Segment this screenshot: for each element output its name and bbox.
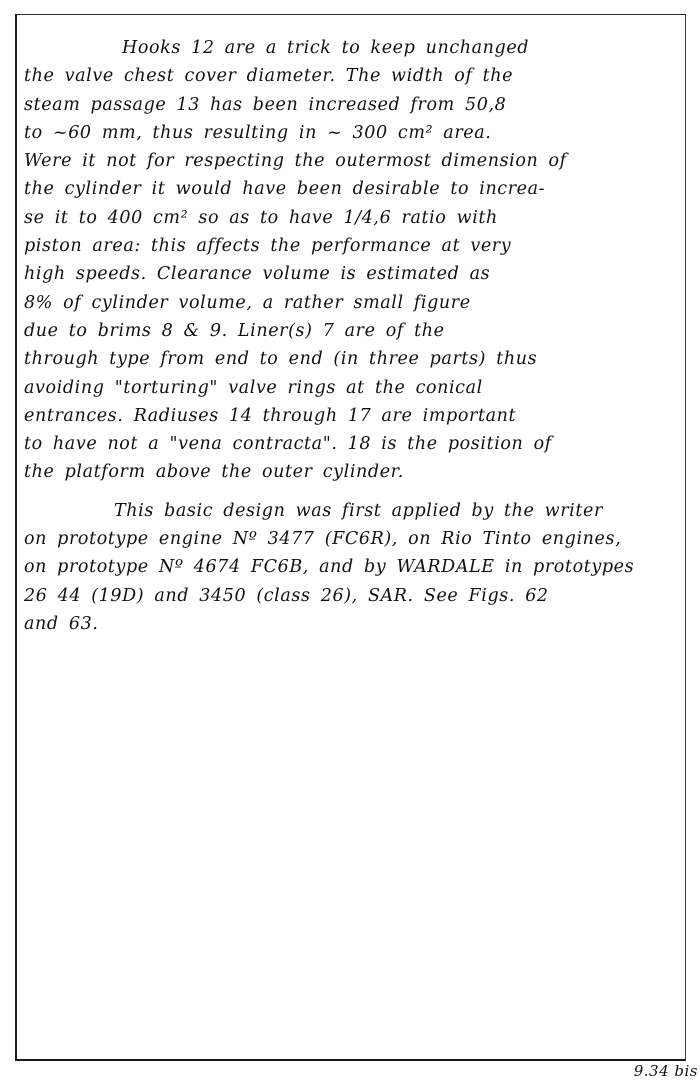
- text-line: 8% of cylinder volume, a rather small fi…: [24, 289, 684, 317]
- text-line: 26 44 (19D) and 3450 (class 26), SAR. Se…: [24, 582, 684, 610]
- text-line: to ~60 mm, thus resulting in ~ 300 cm² a…: [24, 119, 684, 147]
- paragraph-spacer: [24, 487, 684, 497]
- text-line: through type from end to end (in three p…: [24, 345, 684, 373]
- paragraph-2: This basic design was first applied by t…: [24, 497, 684, 638]
- handwritten-page-body: Hooks 12 are a trick to keep unchanged t…: [24, 34, 684, 638]
- text-line: steam passage 13 has been increased from…: [24, 91, 684, 119]
- text-line: avoiding "torturing" valve rings at the …: [24, 374, 684, 402]
- paragraph-1: Hooks 12 are a trick to keep unchanged t…: [24, 34, 684, 487]
- text-line: the valve chest cover diameter. The widt…: [24, 62, 684, 90]
- text-line: the cylinder it would have been desirabl…: [24, 175, 684, 203]
- text-line: entrances. Radiuses 14 through 17 are im…: [24, 402, 684, 430]
- text-line: This basic design was first applied by t…: [24, 497, 684, 525]
- text-line: se it to 400 cm² so as to have 1/4,6 rat…: [24, 204, 684, 232]
- text-line: Hooks 12 are a trick to keep unchanged: [24, 34, 684, 62]
- text-line: and 63.: [24, 610, 684, 638]
- text-line: the platform above the outer cylinder.: [24, 458, 684, 486]
- text-line: to have not a "vena contracta". 18 is th…: [24, 430, 684, 458]
- text-line: Were it not for respecting the outermost…: [24, 147, 684, 175]
- text-line: on prototype engine Nº 3477 (FC6R), on R…: [24, 525, 684, 553]
- text-line: high speeds. Clearance volume is estimat…: [24, 260, 684, 288]
- text-line: due to brims 8 & 9. Liner(s) 7 are of th…: [24, 317, 684, 345]
- page-reference-number: 9.34 bis: [634, 1062, 698, 1080]
- text-line: on prototype Nº 4674 FC6B, and by WARDAL…: [24, 553, 684, 581]
- text-line: piston area: this affects the performanc…: [24, 232, 684, 260]
